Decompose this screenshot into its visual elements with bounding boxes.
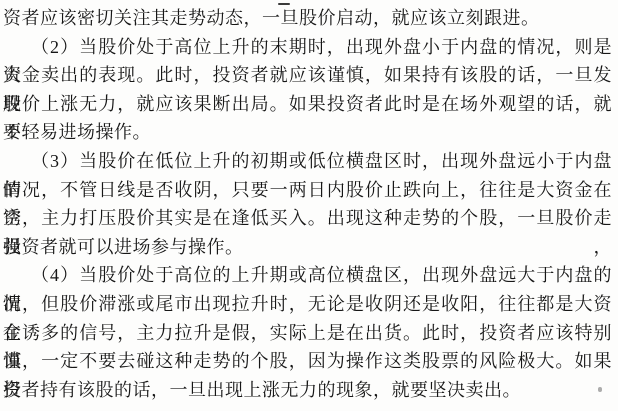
scan-artifact-dash [278,3,290,5]
scan-artifact-dot [598,387,602,392]
text-line: 资者持有该股的话，一旦出现上涨无力的现象，就要坚决卖出。 [3,376,612,405]
text-line: 股价上涨无力，就应该果断出局。如果投资者此时是在场外观望的话，就不 [3,90,612,119]
document-page: 资者应该密切关注其走势动态，一旦股价启动，就应该立刻跟进。 （2）当股价处于高位… [0,0,618,411]
text-line: 况，但股价滞涨或尾市出现拉升时，无论是收阴还是收阳，往往都是大资金 [3,290,612,319]
text-line: 情况，不管日线是否收阴，只要一两日内股价止跌向上，往往是大资金在诱 [3,176,612,205]
text-line: （3）当股价在低位上升的初期或低位横盘区时，出现外盘远小于内盘的 [3,147,612,176]
text-line: 资者应该密切关注其走势动态，一旦股价启动，就应该立刻跟进。 [3,4,612,33]
text-line: 在诱多的信号，主力拉升是假，实际上是在出货。此时，投资者应该特别谨 [3,319,612,348]
text-line: 空，主力打压股价其实是在逢低买入。出现这种走势的个股，一旦股价走强， [3,204,612,233]
text-line: 资金卖出的表现。此时，投资者就应该谨慎，如果持有该股的话，一旦发现 [3,61,612,90]
text-line: （2）当股价处于高位上升的末期时，出现外盘小于内盘的情况，则是大 [3,33,612,62]
text-line: 要轻易进场操作。 [3,118,612,147]
text-line: 慎，一定不要去碰这种走势的个股，因为操作这类股票的风险极大。如果投 [3,347,612,376]
text-line: （4）当股价处于高位的上升期或高位横盘区，出现外盘远大于内盘的情 [3,261,612,290]
